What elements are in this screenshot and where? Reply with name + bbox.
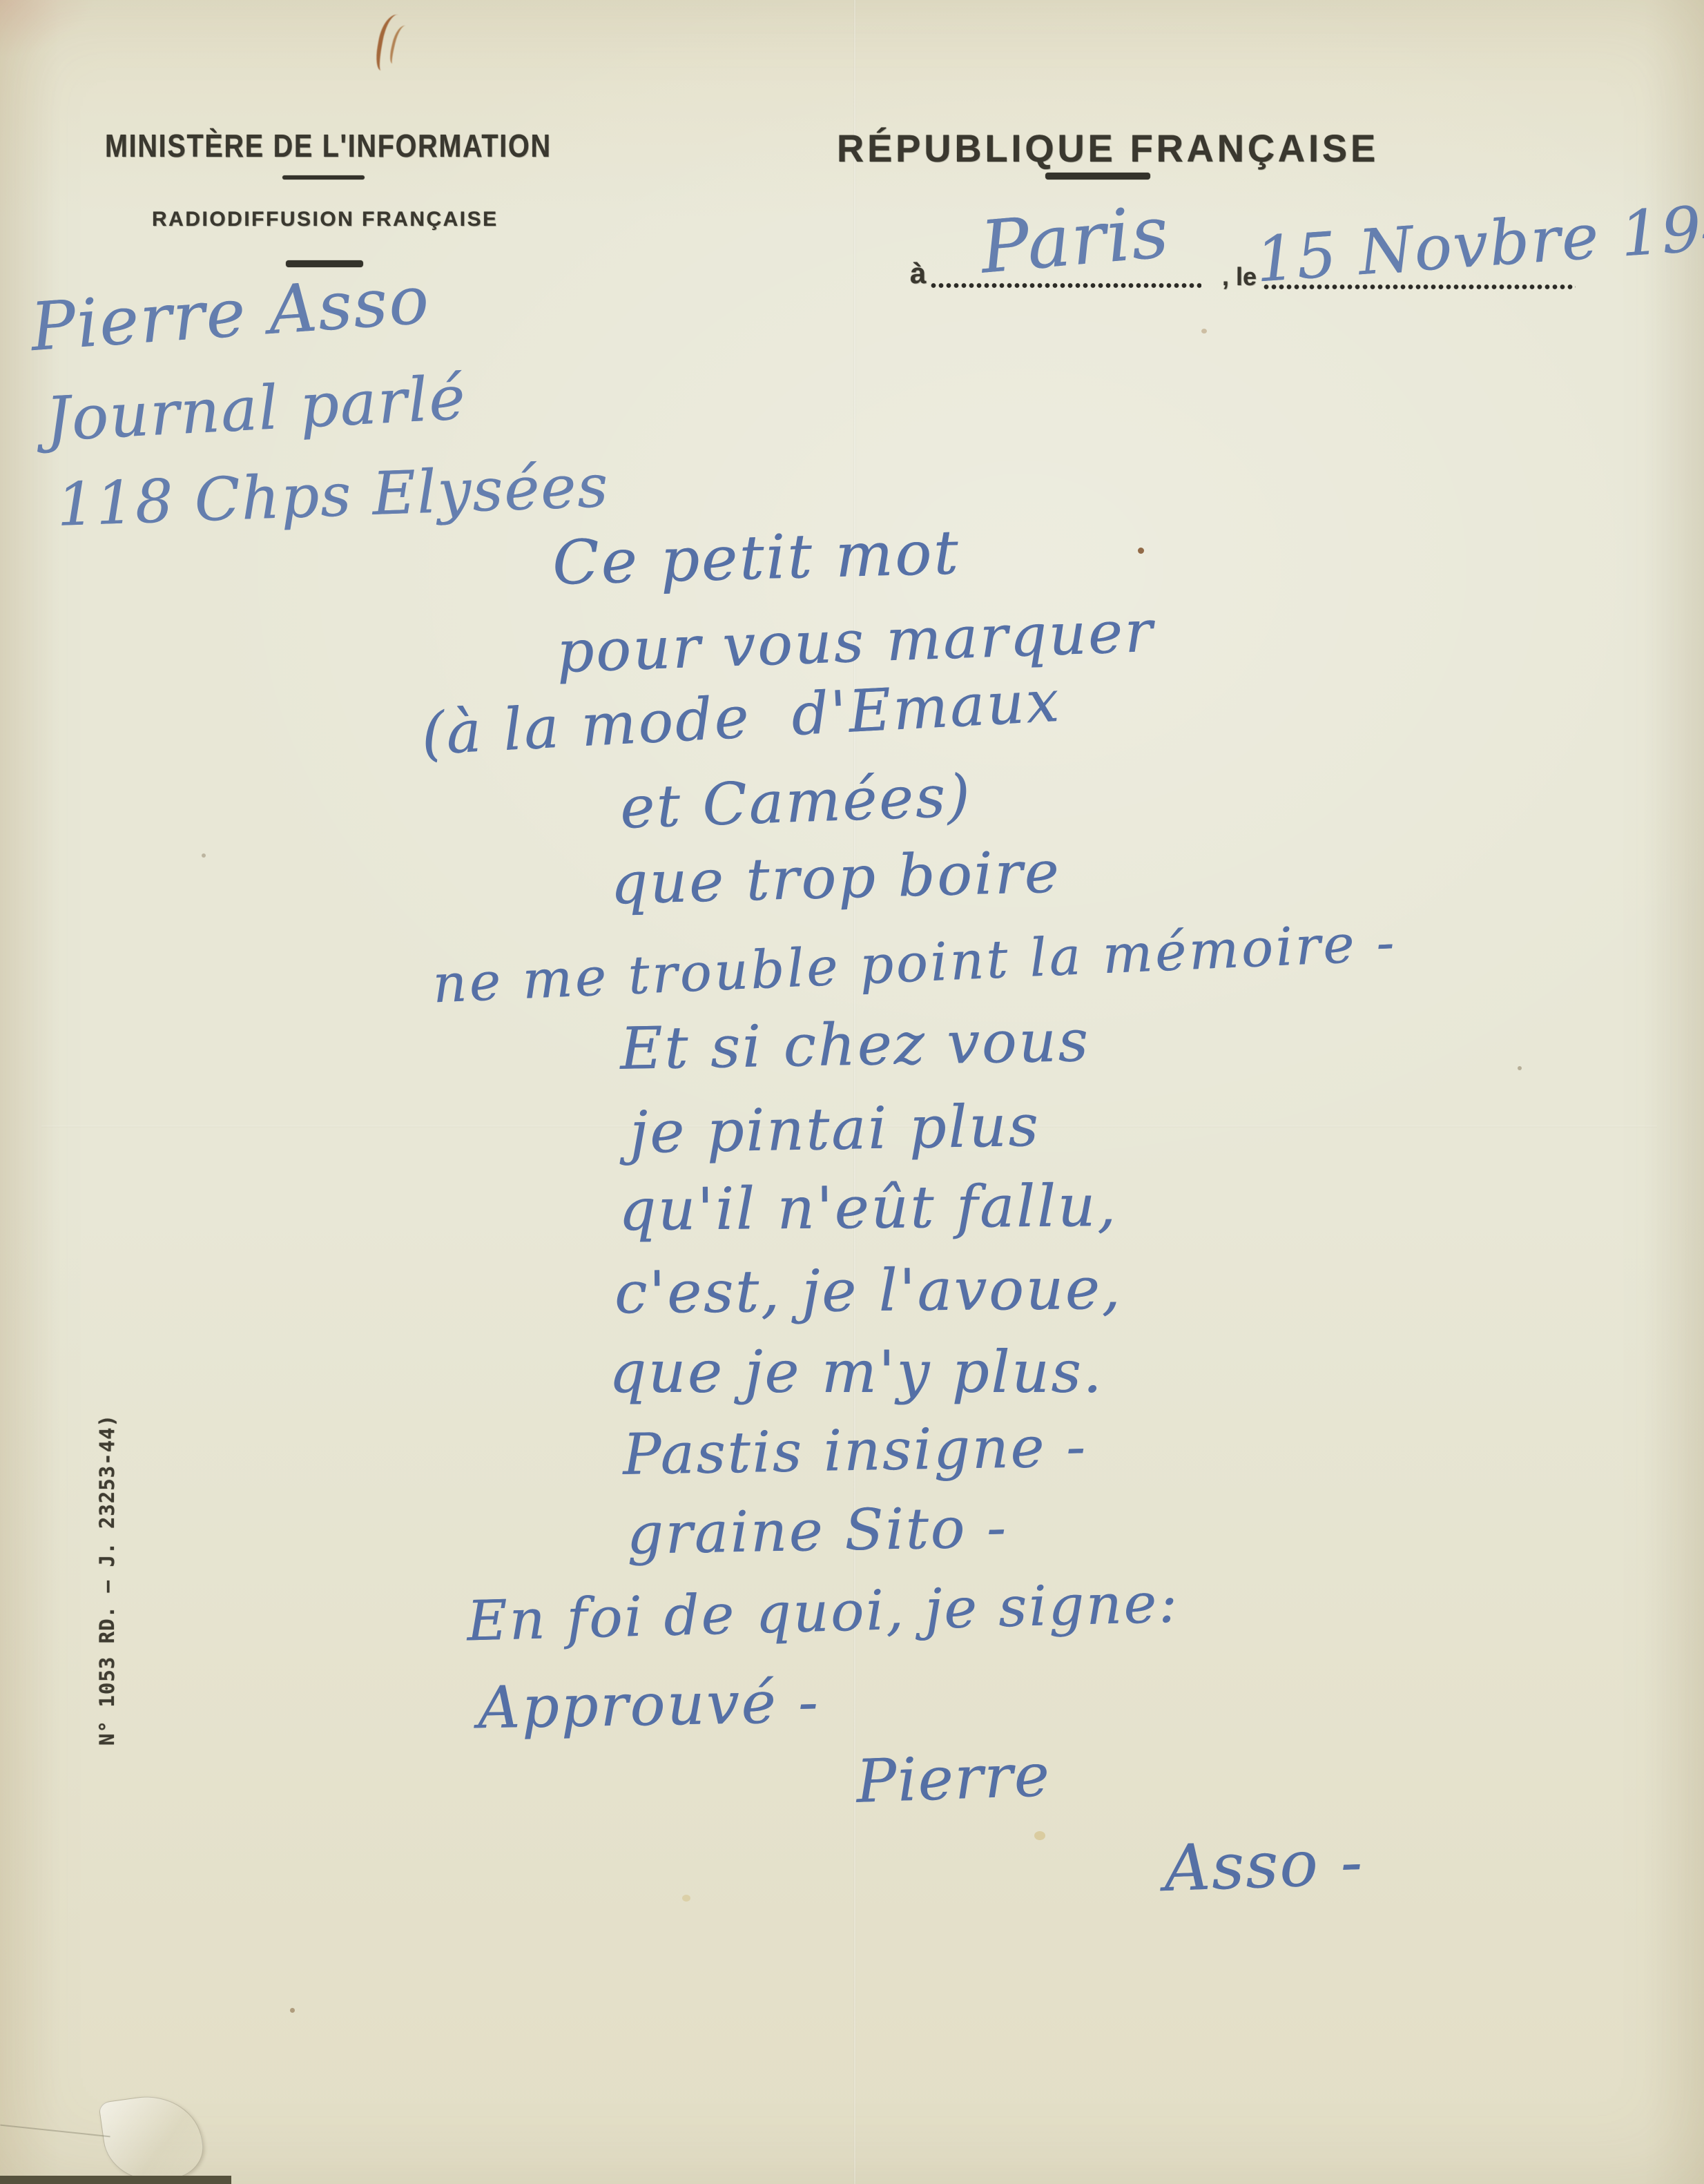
body-line: Et si chez vous: [619, 1007, 1090, 1083]
body-line: et Camées): [619, 762, 973, 842]
sender-address: 118 Chps Elysées: [55, 452, 610, 540]
paper-crease: [0, 2125, 110, 2138]
sender-name: Pierre Asso: [28, 261, 432, 366]
body-line: ne me trouble point la mémoire -: [432, 911, 1398, 1015]
paper-speck: [682, 1895, 690, 1902]
date-label: , le: [1222, 262, 1257, 291]
body-line: En foi de quoi, je signe:: [466, 1571, 1180, 1654]
letter-page: MINISTÈRE DE L'INFORMATION RADIODIFFUSIO…: [0, 0, 1704, 2184]
paper-speck: [1201, 329, 1207, 334]
bottom-edge-shadow: [0, 2176, 231, 2184]
paper-speck: [1034, 1831, 1045, 1840]
paper-speck: [202, 853, 206, 858]
signature-last-name: Asso -: [1163, 1825, 1364, 1906]
handwritten-place: Paris: [977, 189, 1172, 289]
place-label: à: [910, 257, 926, 290]
handwritten-date: 15 Novbre 1946: [1253, 187, 1704, 296]
ink-speck: [1138, 548, 1144, 554]
body-line: que trop boire: [610, 838, 1062, 917]
body-line: que je m'y plus.: [609, 1338, 1103, 1406]
place-dotted-line: [931, 282, 1201, 289]
corner-discoloration: [0, 0, 180, 104]
paper-tear: [98, 2089, 207, 2184]
body-line: Approuvé -: [477, 1668, 820, 1742]
body-line: (à la mode d'Emaux: [420, 667, 1063, 768]
ministry-rule: [282, 175, 365, 180]
agency-title: RADIODIFFUSION FRANÇAISE: [152, 208, 498, 231]
body-line: Pastis insigne -: [622, 1414, 1087, 1488]
body-line: graine Sito -: [626, 1495, 1008, 1567]
paper-speck: [1518, 1066, 1522, 1070]
printer-imprint: N° 1053 RD. — J. 23253-44): [95, 1414, 119, 1746]
republic-rule: [1045, 173, 1150, 180]
body-line: qu'il n'eût fallu,: [619, 1172, 1118, 1244]
republic-title: RÉPUBLIQUE FRANÇAISE: [837, 126, 1379, 171]
vertical-fold-line: [853, 0, 856, 2184]
ministry-title: MINISTÈRE DE L'INFORMATION: [105, 127, 552, 164]
body-line: c'est, je l'avoue,: [614, 1255, 1123, 1326]
paper-speck: [290, 2008, 295, 2013]
body-line: Ce petit mot: [552, 516, 961, 598]
sender-service: Journal parlé: [44, 362, 468, 455]
body-line: pour vous marquer: [556, 597, 1156, 686]
signature-first-name: Pierre: [855, 1741, 1052, 1817]
body-line: je pintai plus: [629, 1092, 1040, 1166]
